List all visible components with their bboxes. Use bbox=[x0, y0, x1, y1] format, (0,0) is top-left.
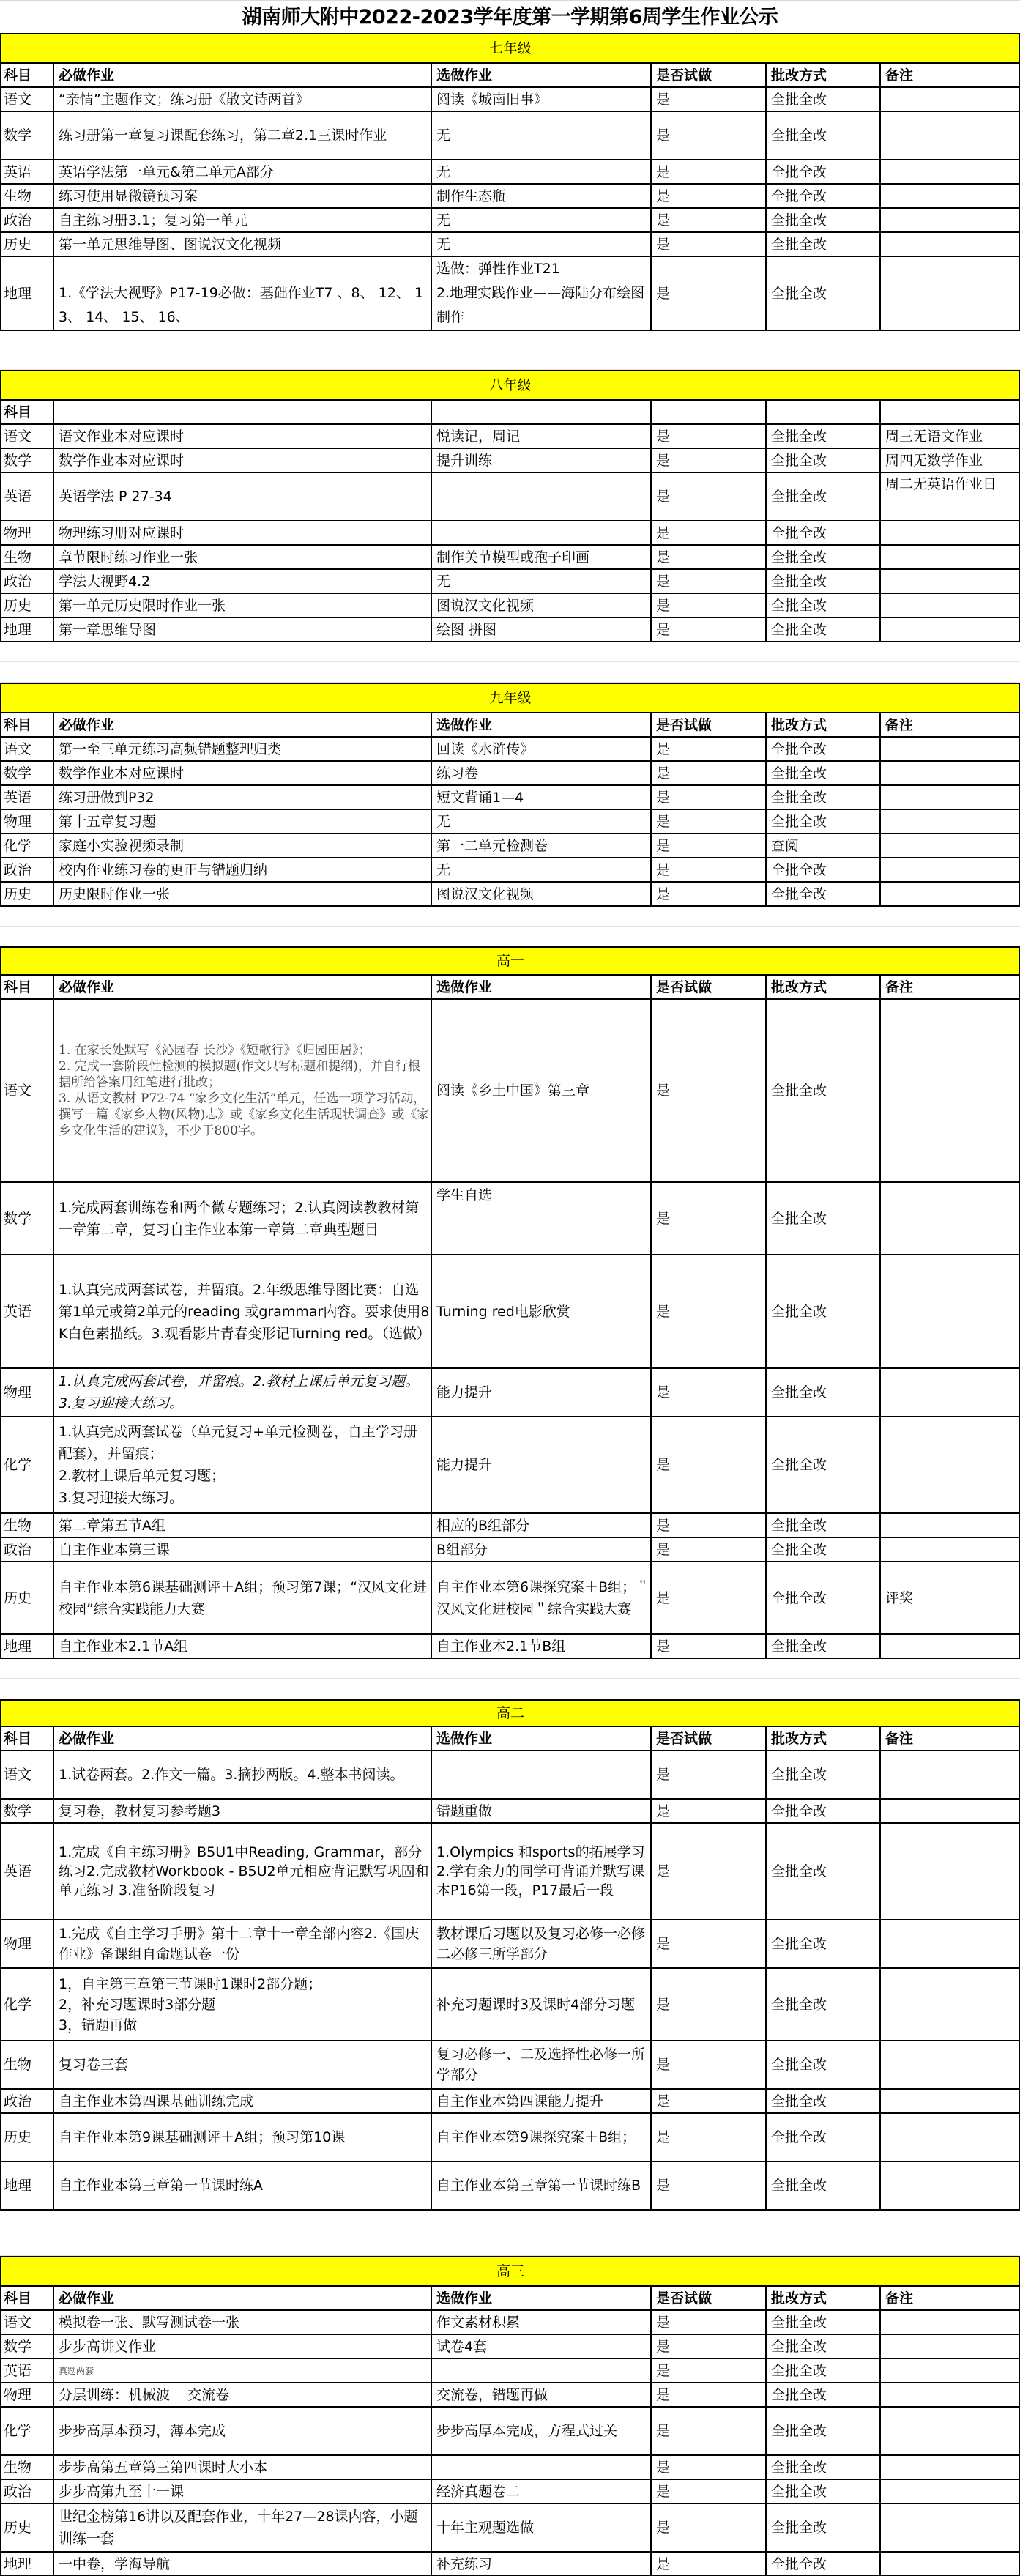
header-note: 备注 bbox=[880, 1726, 1020, 1751]
trial: 是 bbox=[651, 1968, 766, 2041]
required: 自主作业本2.1节A组 bbox=[53, 1634, 431, 1658]
trial: 是 bbox=[651, 208, 766, 232]
header-method: 批改方式 bbox=[766, 713, 880, 737]
blank-row bbox=[0, 905, 1020, 927]
optional: 试卷4套 bbox=[431, 2334, 651, 2358]
optional: 自主作业本第9课探究案＋B组； bbox=[431, 2113, 651, 2161]
required: 数学作业本对应课时 bbox=[53, 761, 431, 785]
subject: 历史 bbox=[1, 593, 53, 617]
method: 全批全改 bbox=[766, 858, 880, 882]
subject: 英语 bbox=[1, 1255, 53, 1368]
required: 章节限时练习作业一张 bbox=[53, 545, 431, 569]
header-note bbox=[880, 400, 1020, 424]
required: 1.认真完成两套试卷，并留痕。2.教材上课后单元复习题。3.复习迎接大练习。 bbox=[53, 1368, 431, 1417]
optional: 短文背诵1—4 bbox=[431, 785, 651, 809]
table-row: 数学练习册第一章复习课配套练习，第二章2.1三课时作业无是全批全改 bbox=[1, 111, 1020, 160]
header-trial: 是否试做 bbox=[651, 63, 766, 87]
subject: 英语 bbox=[1, 2358, 53, 2383]
subject: 政治 bbox=[1, 2479, 53, 2503]
optional: 无 bbox=[431, 232, 651, 256]
trial: 是 bbox=[651, 834, 766, 858]
method: 全批全改 bbox=[766, 256, 880, 330]
optional: 图说汉文化视频 bbox=[431, 593, 651, 617]
method: 全批全改 bbox=[766, 617, 880, 642]
required: 自主作业本第三章第一节课时练A bbox=[53, 2161, 431, 2210]
trial: 是 bbox=[651, 448, 766, 472]
trial: 是 bbox=[651, 1751, 766, 1799]
subject: 地理 bbox=[1, 256, 53, 330]
trial: 是 bbox=[651, 2407, 766, 2455]
optional bbox=[431, 472, 651, 521]
table-row: 生物步步高第五章第三第四课时大小本是全批全改 bbox=[1, 2455, 1020, 2479]
subject: 数学 bbox=[1, 1799, 53, 1823]
table-row: 政治步步高第九至十一课经济真题卷二是全批全改 bbox=[1, 2479, 1020, 2503]
note bbox=[880, 2310, 1020, 2334]
note bbox=[880, 882, 1020, 906]
required: 1.认真完成两套试卷（单元复习+单元检测卷，自主学习册配套），并留痕； 2.教材… bbox=[53, 1417, 431, 1513]
blank-row bbox=[0, 349, 1020, 370]
trial: 是 bbox=[651, 111, 766, 160]
required: 第一单元历史限时作业一张 bbox=[53, 593, 431, 617]
header-optional bbox=[431, 400, 651, 424]
table-row: 政治学法大视野4.2无是全批全改 bbox=[1, 569, 1020, 593]
note bbox=[880, 737, 1020, 761]
trial: 是 bbox=[651, 521, 766, 545]
note bbox=[880, 208, 1020, 232]
required: 第一至三单元练习高频错题整理归类 bbox=[53, 737, 431, 761]
optional: 复习必修一、二及选择性必修一所学部分 bbox=[431, 2041, 651, 2089]
subject: 语文 bbox=[1, 2310, 53, 2334]
optional: 能力提升 bbox=[431, 1368, 651, 1417]
table-row: 生物复习卷三套复习必修一、二及选择性必修一所学部分是全批全改 bbox=[1, 2041, 1020, 2089]
note bbox=[880, 1751, 1020, 1799]
required: 真题两套 bbox=[53, 2358, 431, 2383]
note bbox=[880, 1968, 1020, 2041]
table-row: 历史第一单元历史限时作业一张图说汉文化视频是全批全改 bbox=[1, 593, 1020, 617]
method: 全批全改 bbox=[766, 448, 880, 472]
subject: 英语 bbox=[1, 160, 53, 184]
subject: 物理 bbox=[1, 1368, 53, 1417]
table-row: 生物第二章第五节A组相应的B组部分是全批全改 bbox=[1, 1513, 1020, 1537]
required: 练习册第一章复习课配套练习，第二章2.1三课时作业 bbox=[53, 111, 431, 160]
trial: 是 bbox=[651, 87, 766, 111]
method: 全批全改 bbox=[766, 208, 880, 232]
subject: 英语 bbox=[1, 1823, 53, 1920]
note bbox=[880, 1799, 1020, 1823]
subject: 地理 bbox=[1, 2552, 53, 2576]
note bbox=[880, 2383, 1020, 2407]
optional bbox=[431, 521, 651, 545]
required: 家庭小实验视频录制 bbox=[53, 834, 431, 858]
subject: 生物 bbox=[1, 1513, 53, 1537]
header-required bbox=[53, 400, 431, 424]
senior-2-table: 高二 科目 必做作业 选做作业 是否试做 批改方式 备注 语文1.试卷两套。2.… bbox=[0, 1699, 1020, 2211]
subject: 历史 bbox=[1, 2113, 53, 2161]
note bbox=[880, 834, 1020, 858]
trial: 是 bbox=[651, 858, 766, 882]
header-method: 批改方式 bbox=[766, 63, 880, 87]
trial: 是 bbox=[651, 472, 766, 521]
trial: 是 bbox=[651, 1513, 766, 1537]
header-trial: 是否试做 bbox=[651, 2286, 766, 2310]
required: 复习卷三套 bbox=[53, 2041, 431, 2089]
optional: 作文素材积累 bbox=[431, 2310, 651, 2334]
senior-3-table: 高三 科目 必做作业 选做作业 是否试做 批改方式 备注 语文模拟卷一张、默写测… bbox=[0, 2256, 1020, 2576]
table-row: 语文模拟卷一张、默写测试卷一张作文素材积累是全批全改 bbox=[1, 2310, 1020, 2334]
required: 1.完成两套训练卷和两个微专题练习；2.认真阅读教教材第一章第二章，复习自主作业… bbox=[53, 1182, 431, 1255]
note bbox=[880, 111, 1020, 160]
grade-8-table: 八年级 科目 语文语文作业本对应课时悦读记，周记是全批全改周三无语文作业 数学数… bbox=[0, 370, 1020, 642]
optional bbox=[431, 2358, 651, 2383]
table-row: 地理第一章思维导图绘图 拼图是全批全改 bbox=[1, 617, 1020, 642]
subject: 英语 bbox=[1, 472, 53, 521]
required: 练习册做到P32 bbox=[53, 785, 431, 809]
grade-band: 高一 bbox=[1, 947, 1020, 975]
trial: 是 bbox=[651, 160, 766, 184]
method: 全批全改 bbox=[766, 2041, 880, 2089]
table-row: 语文1. 在家长处默写《沁园春 长沙》《短歌行》《归园田居》； 2. 完成一套阶… bbox=[1, 999, 1020, 1182]
table-row: 历史自主作业本第6课基础测评＋A组；预习第7课；“汉风文化进校园”综合实践能力大… bbox=[1, 1562, 1020, 1634]
note bbox=[880, 593, 1020, 617]
trial: 是 bbox=[651, 1537, 766, 1562]
trial: 是 bbox=[651, 999, 766, 1182]
required: 第一单元思维导图、图说汉文化视频 bbox=[53, 232, 431, 256]
note: 周四无数学作业 bbox=[880, 448, 1020, 472]
page-title: 湖南师大附中2022-2023学年度第一学期第6周学生作业公示 bbox=[0, 0, 1020, 33]
table-row: 物理分层训练：机械波 交流卷交流卷，错题再做是全批全改 bbox=[1, 2383, 1020, 2407]
subject: 化学 bbox=[1, 1968, 53, 2041]
subject: 数学 bbox=[1, 761, 53, 785]
trial: 是 bbox=[651, 2479, 766, 2503]
header-note: 备注 bbox=[880, 63, 1020, 87]
subject: 化学 bbox=[1, 2407, 53, 2455]
note bbox=[880, 2041, 1020, 2089]
optional bbox=[431, 2455, 651, 2479]
required: 1.认真完成两套试卷，并留痕。2.年级思维导图比赛：自选第1单元或第2单元的re… bbox=[53, 1255, 431, 1368]
header-subject: 科目 bbox=[1, 400, 53, 424]
table-row: 地理一中卷，学海导航补充练习是全批全改 bbox=[1, 2552, 1020, 2576]
grade-9-table: 九年级 科目 必做作业 选做作业 是否试做 批改方式 备注 语文第一至三单元练习… bbox=[0, 683, 1020, 907]
method: 全批全改 bbox=[766, 761, 880, 785]
note bbox=[880, 2089, 1020, 2113]
method: 全批全改 bbox=[766, 1182, 880, 1255]
method: 全批全改 bbox=[766, 593, 880, 617]
optional: 图说汉文化视频 bbox=[431, 882, 651, 906]
method: 全批全改 bbox=[766, 111, 880, 160]
subject: 物理 bbox=[1, 2383, 53, 2407]
senior-1-table: 高一 科目 必做作业 选做作业 是否试做 批改方式 备注 语文1. 在家长处默写… bbox=[0, 946, 1020, 1659]
subject: 政治 bbox=[1, 858, 53, 882]
table-row: 历史世纪金榜第16讲以及配套作业，十年27—28课内容，小题训练一套十年主观题选… bbox=[1, 2503, 1020, 2552]
table-row: 数学数学作业本对应课时练习卷是全批全改 bbox=[1, 761, 1020, 785]
trial: 是 bbox=[651, 1562, 766, 1634]
header-method: 批改方式 bbox=[766, 2286, 880, 2310]
table-row: 数学步步高讲义作业试卷4套是全批全改 bbox=[1, 2334, 1020, 2358]
trial: 是 bbox=[651, 2089, 766, 2113]
note bbox=[880, 160, 1020, 184]
table-row: 物理第十五章复习题无是全批全改 bbox=[1, 809, 1020, 834]
method: 全批全改 bbox=[766, 2358, 880, 2383]
table-row: 化学步步高厚本预习，薄本完成步步高厚本完成，方程式过关是全批全改 bbox=[1, 2407, 1020, 2455]
trial: 是 bbox=[651, 2041, 766, 2089]
table-row: 生物章节限时练习作业一张制作关节模型或孢子印画是全批全改 bbox=[1, 545, 1020, 569]
optional: 十年主观题选做 bbox=[431, 2503, 651, 2552]
table-row: 物理物理练习册对应课时是全批全改 bbox=[1, 521, 1020, 545]
method: 全批全改 bbox=[766, 1537, 880, 1562]
optional: 悦读记，周记 bbox=[431, 424, 651, 448]
required: 1，自主第三章第三节课时1课时2部分题； 2，补充习题课时3部分题 3，错题再做 bbox=[53, 1968, 431, 2041]
trial: 是 bbox=[651, 2383, 766, 2407]
header-required: 必做作业 bbox=[53, 63, 431, 87]
optional: 自主作业本2.1节B组 bbox=[431, 1634, 651, 1658]
method: 全批全改 bbox=[766, 1417, 880, 1513]
optional: 无 bbox=[431, 208, 651, 232]
note bbox=[880, 999, 1020, 1182]
required: 学法大视野4.2 bbox=[53, 569, 431, 593]
table-row: 历史第一单元思维导图、图说汉文化视频无是全批全改 bbox=[1, 232, 1020, 256]
table-row: 数学数学作业本对应课时提升训练是全批全改周四无数学作业 bbox=[1, 448, 1020, 472]
table-row: 政治自主作业本第三课B组部分是全批全改 bbox=[1, 1537, 1020, 1562]
table-row: 物理1.完成《自主学习手册》第十二章十一章全部内容2.《国庆作业》备课组自命题试… bbox=[1, 1920, 1020, 1968]
note bbox=[880, 2479, 1020, 2503]
method: 全批全改 bbox=[766, 2407, 880, 2455]
method: 全批全改 bbox=[766, 521, 880, 545]
subject: 历史 bbox=[1, 2503, 53, 2552]
subject: 历史 bbox=[1, 232, 53, 256]
note bbox=[880, 809, 1020, 834]
header-subject: 科目 bbox=[1, 1726, 53, 1751]
note bbox=[880, 2358, 1020, 2383]
required: 英语学法第一单元&第二单元A部分 bbox=[53, 160, 431, 184]
header-optional: 选做作业 bbox=[431, 2286, 651, 2310]
subject: 英语 bbox=[1, 785, 53, 809]
subject: 语文 bbox=[1, 1751, 53, 1799]
optional: Turning red电影欣赏 bbox=[431, 1255, 651, 1368]
trial: 是 bbox=[651, 882, 766, 906]
note bbox=[880, 2455, 1020, 2479]
method: 全批全改 bbox=[766, 87, 880, 111]
note bbox=[880, 232, 1020, 256]
table-row: 历史自主作业本第9课基础测评＋A组；预习第10课自主作业本第9课探究案＋B组；是… bbox=[1, 2113, 1020, 2161]
note bbox=[880, 2503, 1020, 2552]
method: 全批全改 bbox=[766, 1799, 880, 1823]
required: 1. 在家长处默写《沁园春 长沙》《短歌行》《归园田居》； 2. 完成一套阶段性… bbox=[53, 999, 431, 1182]
blank-row bbox=[0, 2235, 1020, 2256]
subject: 生物 bbox=[1, 184, 53, 208]
table-row: 语文语文作业本对应课时悦读记，周记是全批全改周三无语文作业 bbox=[1, 424, 1020, 448]
subject: 数学 bbox=[1, 1182, 53, 1255]
subject: 生物 bbox=[1, 545, 53, 569]
optional: 练习卷 bbox=[431, 761, 651, 785]
required: 语文作业本对应课时 bbox=[53, 424, 431, 448]
trial: 是 bbox=[651, 184, 766, 208]
note: 评奖 bbox=[880, 1562, 1020, 1634]
table-row: 语文第一至三单元练习高频错题整理归类回读《水浒传》是全批全改 bbox=[1, 737, 1020, 761]
blank-row bbox=[0, 641, 1020, 662]
required: 自主作业本第三课 bbox=[53, 1537, 431, 1562]
note bbox=[880, 1182, 1020, 1255]
note bbox=[880, 87, 1020, 111]
table-row: 英语英语学法 P 27-34是全批全改周二无英语作业日 bbox=[1, 472, 1020, 521]
note bbox=[880, 2407, 1020, 2455]
method: 全批全改 bbox=[766, 882, 880, 906]
header-method: 批改方式 bbox=[766, 975, 880, 999]
subject: 政治 bbox=[1, 2089, 53, 2113]
table-row: 地理自主作业本第三章第一节课时练A自主作业本第三章第一节课时练B是全批全改 bbox=[1, 2161, 1020, 2210]
blank-row bbox=[0, 927, 1020, 947]
subject: 地理 bbox=[1, 1634, 53, 1658]
note bbox=[880, 256, 1020, 330]
note bbox=[880, 617, 1020, 642]
table-row: 英语英语学法第一单元&第二单元A部分无是全批全改 bbox=[1, 160, 1020, 184]
required: 1.《学法大视野》P17-19必做：基础作业T7 、8、 12、 13、 14、… bbox=[53, 256, 431, 330]
method: 全批全改 bbox=[766, 999, 880, 1182]
required: “亲情”主题作文；练习册《散文诗两首》 bbox=[53, 87, 431, 111]
subject: 语文 bbox=[1, 424, 53, 448]
trial: 是 bbox=[651, 761, 766, 785]
optional: 交流卷，错题再做 bbox=[431, 2383, 651, 2407]
optional: 回读《水浒传》 bbox=[431, 737, 651, 761]
header-optional: 选做作业 bbox=[431, 713, 651, 737]
method: 全批全改 bbox=[766, 2383, 880, 2407]
table-row: 语文“亲情”主题作文；练习册《散文诗两首》阅读《城南旧事》是全批全改 bbox=[1, 87, 1020, 111]
table-row: 化学1，自主第三章第三节课时1课时2部分题； 2，补充习题课时3部分题 3，错题… bbox=[1, 1968, 1020, 2041]
method: 全批全改 bbox=[766, 2161, 880, 2210]
optional: 阅读《城南旧事》 bbox=[431, 87, 651, 111]
optional: 经济真题卷二 bbox=[431, 2479, 651, 2503]
trial: 是 bbox=[651, 2358, 766, 2383]
note bbox=[880, 569, 1020, 593]
note bbox=[880, 858, 1020, 882]
grade-band: 七年级 bbox=[1, 34, 1020, 63]
optional: 教材课后习题以及复习必修一必修二必修三所学部分 bbox=[431, 1920, 651, 1968]
table-row: 物理1.认真完成两套试卷，并留痕。2.教材上课后单元复习题。3.复习迎接大练习。… bbox=[1, 1368, 1020, 1417]
required: 模拟卷一张、默写测试卷一张 bbox=[53, 2310, 431, 2334]
grade-band: 高三 bbox=[1, 2257, 1020, 2286]
table-row: 数学1.完成两套训练卷和两个微专题练习；2.认真阅读教教材第一章第二章，复习自主… bbox=[1, 1182, 1020, 1255]
optional: 自主作业本第四课能力提升 bbox=[431, 2089, 651, 2113]
note bbox=[880, 2334, 1020, 2358]
required: 自主作业本第6课基础测评＋A组；预习第7课；“汉风文化进校园”综合实践能力大赛 bbox=[53, 1562, 431, 1634]
optional: 无 bbox=[431, 160, 651, 184]
method: 查阅 bbox=[766, 834, 880, 858]
method: 全批全改 bbox=[766, 1562, 880, 1634]
subject: 物理 bbox=[1, 1920, 53, 1968]
required: 数学作业本对应课时 bbox=[53, 448, 431, 472]
subject: 生物 bbox=[1, 2455, 53, 2479]
trial: 是 bbox=[651, 617, 766, 642]
note bbox=[880, 1255, 1020, 1368]
required: 1.完成《自主学习手册》第十二章十一章全部内容2.《国庆作业》备课组自命题试卷一… bbox=[53, 1920, 431, 1968]
note bbox=[880, 1417, 1020, 1513]
required: 1.试卷两套。2.作文一篇。3.摘抄两版。4.整本书阅读。 bbox=[53, 1751, 431, 1799]
trial: 是 bbox=[651, 232, 766, 256]
grade-band: 九年级 bbox=[1, 683, 1020, 713]
method: 全批全改 bbox=[766, 232, 880, 256]
required: 校内作业练习卷的更正与错题归纳 bbox=[53, 858, 431, 882]
header-optional: 选做作业 bbox=[431, 975, 651, 999]
method: 全批全改 bbox=[766, 160, 880, 184]
note bbox=[880, 2113, 1020, 2161]
note bbox=[880, 1920, 1020, 1968]
required: 1.完成《自主练习册》B5U1中Reading, Grammar，部分练习2.完… bbox=[53, 1823, 431, 1920]
method: 全批全改 bbox=[766, 1751, 880, 1799]
header-note: 备注 bbox=[880, 2286, 1020, 2310]
header-subject: 科目 bbox=[1, 713, 53, 737]
method: 全批全改 bbox=[766, 2552, 880, 2576]
blank-row bbox=[0, 662, 1020, 683]
table-row: 英语1.认真完成两套试卷，并留痕。2.年级思维导图比赛：自选第1单元或第2单元的… bbox=[1, 1255, 1020, 1368]
optional: B组部分 bbox=[431, 1537, 651, 1562]
method: 全批全改 bbox=[766, 1823, 880, 1920]
note bbox=[880, 1513, 1020, 1537]
subject: 化学 bbox=[1, 834, 53, 858]
table-row: 化学1.认真完成两套试卷（单元复习+单元检测卷，自主学习册配套），并留痕； 2.… bbox=[1, 1417, 1020, 1513]
subject: 政治 bbox=[1, 569, 53, 593]
blank-row bbox=[0, 328, 1020, 349]
trial: 是 bbox=[651, 737, 766, 761]
optional: 能力提升 bbox=[431, 1417, 651, 1513]
note bbox=[880, 1368, 1020, 1417]
trial: 是 bbox=[651, 1799, 766, 1823]
table-row: 政治自主作业本第四课基础训练完成自主作业本第四课能力提升是全批全改 bbox=[1, 2089, 1020, 2113]
header-optional: 选做作业 bbox=[431, 1726, 651, 1751]
trial: 是 bbox=[651, 569, 766, 593]
optional bbox=[431, 1751, 651, 1799]
optional: 学生自选 bbox=[431, 1182, 651, 1255]
trial: 是 bbox=[651, 1255, 766, 1368]
method: 全批全改 bbox=[766, 2479, 880, 2503]
trial: 是 bbox=[651, 2455, 766, 2479]
optional: 无 bbox=[431, 111, 651, 160]
required: 第一章思维导图 bbox=[53, 617, 431, 642]
method: 全批全改 bbox=[766, 184, 880, 208]
trial: 是 bbox=[651, 1823, 766, 1920]
method: 全批全改 bbox=[766, 569, 880, 593]
header-note: 备注 bbox=[880, 713, 1020, 737]
method: 全批全改 bbox=[766, 424, 880, 448]
header-method bbox=[766, 400, 880, 424]
subject: 语文 bbox=[1, 999, 53, 1182]
table-row: 政治自主练习册3.1；复习第一单元无是全批全改 bbox=[1, 208, 1020, 232]
table-row: 地理1.《学法大视野》P17-19必做：基础作业T7 、8、 12、 13、 1… bbox=[1, 256, 1020, 330]
method: 全批全改 bbox=[766, 2334, 880, 2358]
required: 第二章第五节A组 bbox=[53, 1513, 431, 1537]
method: 全批全改 bbox=[766, 809, 880, 834]
note bbox=[880, 184, 1020, 208]
required: 物理练习册对应课时 bbox=[53, 521, 431, 545]
required: 英语学法 P 27-34 bbox=[53, 472, 431, 521]
note bbox=[880, 2552, 1020, 2576]
header-trial: 是否试做 bbox=[651, 1726, 766, 1751]
table-row: 政治校内作业练习卷的更正与错题归纳无是全批全改 bbox=[1, 858, 1020, 882]
note bbox=[880, 761, 1020, 785]
trial: 是 bbox=[651, 2113, 766, 2161]
table-row: 化学家庭小实验视频录制第一二单元检测卷是查阅 bbox=[1, 834, 1020, 858]
trial: 是 bbox=[651, 545, 766, 569]
note bbox=[880, 1823, 1020, 1920]
trial: 是 bbox=[651, 809, 766, 834]
trial: 是 bbox=[651, 593, 766, 617]
header-subject: 科目 bbox=[1, 975, 53, 999]
trial: 是 bbox=[651, 424, 766, 448]
note bbox=[880, 2161, 1020, 2210]
header-note: 备注 bbox=[880, 975, 1020, 999]
optional: 自主作业本第6课探究案＋B组；＂汉风文化进校园＂综合实践大赛 bbox=[431, 1562, 651, 1634]
optional: 1.Olympics 和sports的拓展学习2.学有余力的同学可背诵并默写课本… bbox=[431, 1823, 651, 1920]
method: 全批全改 bbox=[766, 2310, 880, 2334]
subject: 语文 bbox=[1, 87, 53, 111]
